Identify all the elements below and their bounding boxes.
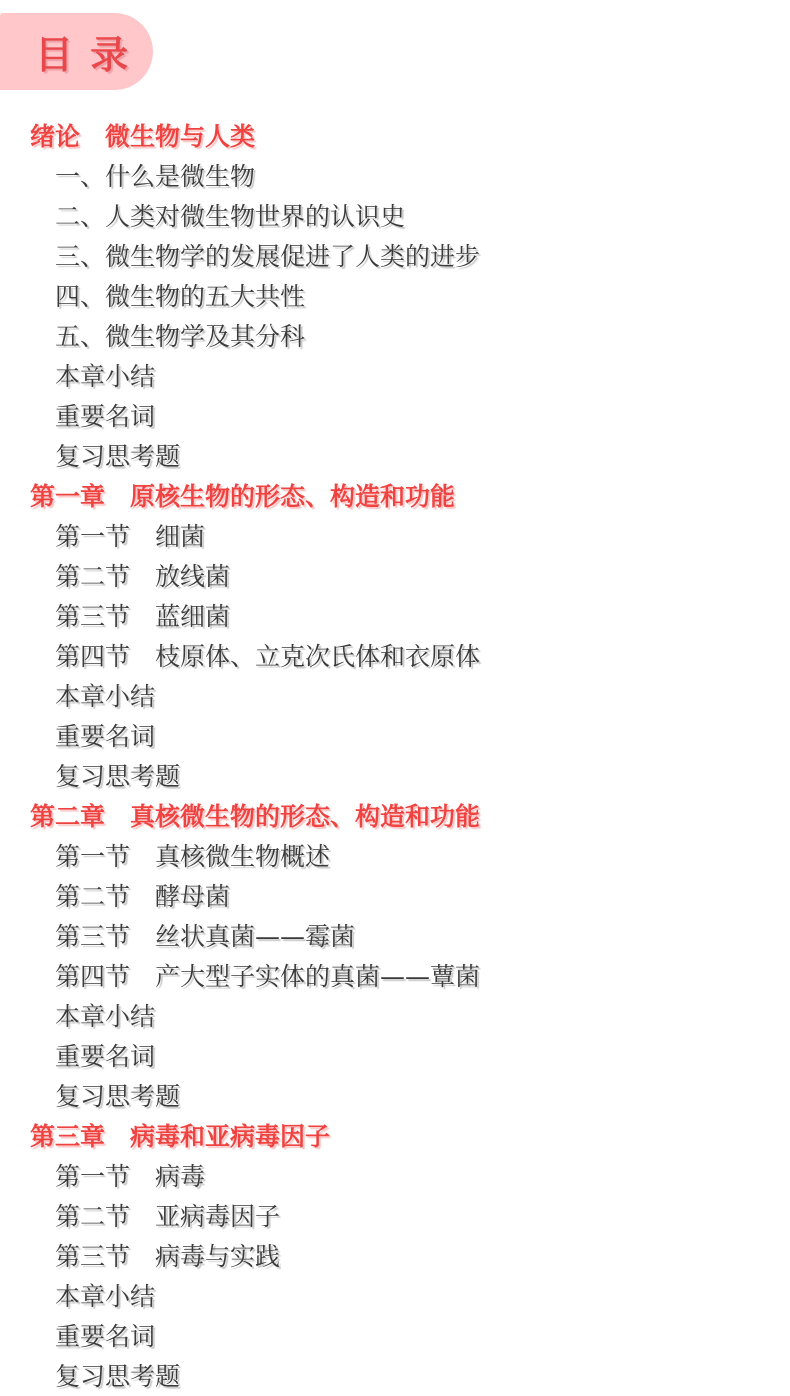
toc-item[interactable]: 第四节 枝原体、立克次氏体和衣原体 <box>0 635 790 675</box>
toc-item[interactable]: 复习思考题 <box>0 1355 790 1395</box>
toc-item[interactable]: 第三节 丝状真菌——霉菌 <box>0 915 790 955</box>
toc-item[interactable]: 第一节 真核微生物概述 <box>0 835 790 875</box>
toc-item[interactable]: 本章小结 <box>0 355 790 395</box>
toc-item[interactable]: 第二节 亚病毒因子 <box>0 1195 790 1235</box>
toc-item[interactable]: 第二节 酵母菌 <box>0 875 790 915</box>
toc-item[interactable]: 一、什么是微生物 <box>0 155 790 195</box>
toc-item[interactable]: 本章小结 <box>0 995 790 1035</box>
toc-item[interactable]: 第一节 病毒 <box>0 1155 790 1195</box>
toc-item[interactable]: 本章小结 <box>0 675 790 715</box>
toc-item[interactable]: 第一节 细菌 <box>0 515 790 555</box>
toc-chapter-heading[interactable]: 第二章 真核微生物的形态、构造和功能 <box>0 795 790 835</box>
toc-page-title: 目 录 <box>35 24 130 79</box>
toc-chapter-heading[interactable]: 第一章 原核生物的形态、构造和功能 <box>0 475 790 515</box>
toc-list: 绪论 微生物与人类 一、什么是微生物 二、人类对微生物世界的认识史 三、微生物学… <box>0 115 790 1395</box>
toc-item[interactable]: 重要名词 <box>0 1315 790 1355</box>
toc-item[interactable]: 复习思考题 <box>0 755 790 795</box>
toc-item[interactable]: 第四节 产大型子实体的真菌——蕈菌 <box>0 955 790 995</box>
toc-item[interactable]: 复习思考题 <box>0 435 790 475</box>
toc-item[interactable]: 二、人类对微生物世界的认识史 <box>0 195 790 235</box>
toc-chapter-heading[interactable]: 第三章 病毒和亚病毒因子 <box>0 1115 790 1155</box>
toc-item[interactable]: 第三节 蓝细菌 <box>0 595 790 635</box>
toc-item[interactable]: 重要名词 <box>0 395 790 435</box>
toc-item[interactable]: 五、微生物学及其分科 <box>0 315 790 355</box>
toc-item[interactable]: 四、微生物的五大共性 <box>0 275 790 315</box>
toc-item[interactable]: 三、微生物学的发展促进了人类的进步 <box>0 235 790 275</box>
toc-header-badge: 目 录 <box>0 13 153 90</box>
toc-item[interactable]: 重要名词 <box>0 1035 790 1075</box>
toc-item[interactable]: 第二节 放线菌 <box>0 555 790 595</box>
toc-item[interactable]: 复习思考题 <box>0 1075 790 1115</box>
toc-item[interactable]: 重要名词 <box>0 715 790 755</box>
toc-item[interactable]: 第三节 病毒与实践 <box>0 1235 790 1275</box>
toc-item[interactable]: 本章小结 <box>0 1275 790 1315</box>
toc-chapter-heading[interactable]: 绪论 微生物与人类 <box>0 115 790 155</box>
